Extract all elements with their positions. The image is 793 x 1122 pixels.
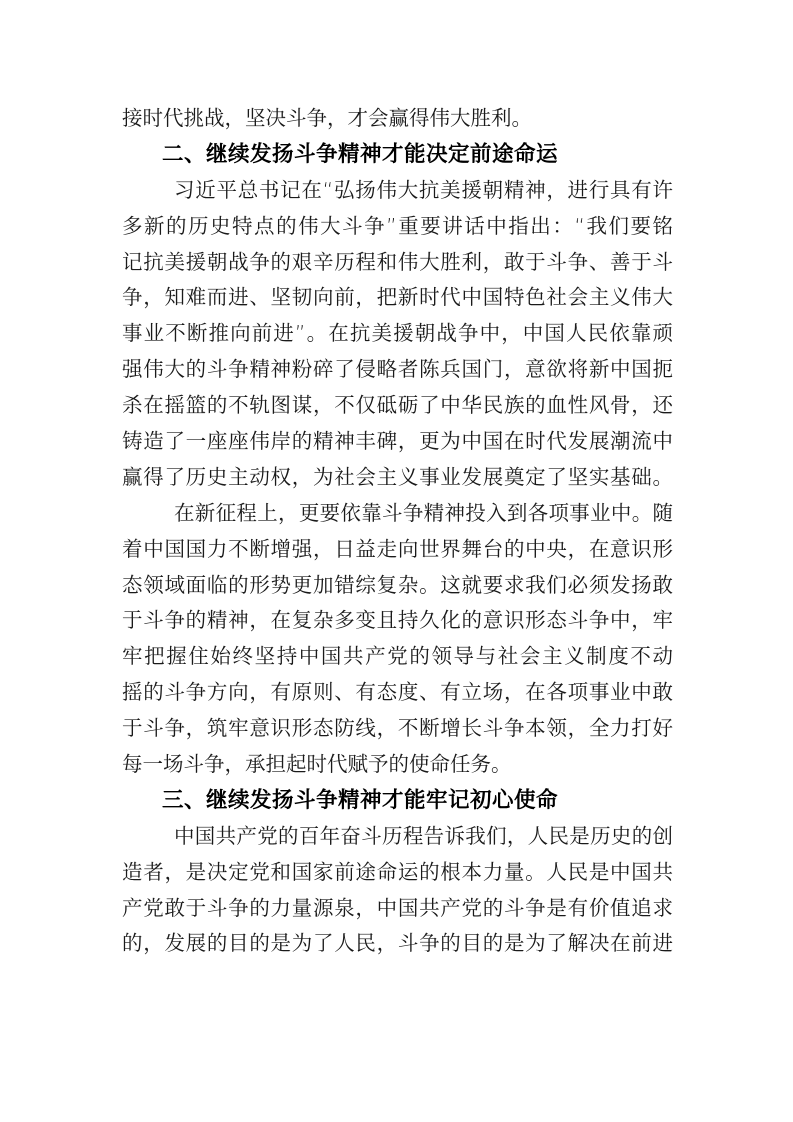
paragraph-line: 杀在摇篮的不轨图谋，不仅砥砺了中华民族的血性风骨，还 <box>122 388 673 424</box>
paragraph-line: 接时代挑战，坚决斗争，才会赢得伟大胜利。 <box>122 101 673 137</box>
paragraph-line: 事业不断推向前进”。在抗美援朝战争中，中国人民依靠顽 <box>122 316 673 352</box>
paragraph-line: 着中国国力不断增强，日益走向世界舞台的中央，在意识形 <box>122 532 673 568</box>
paragraph-line: 于斗争的精神，在复杂多变且持久化的意识形态斗争中，牢 <box>122 603 673 639</box>
paragraph-line: 摇的斗争方向，有原则、有态度、有立场，在各项事业中敢 <box>122 675 673 711</box>
paragraph-line: 产党敢于斗争的力量源泉，中国共产党的斗争是有价值追求 <box>122 891 673 927</box>
paragraph-line: 铸造了一座座伟岸的精神丰碑，更为中国在时代发展潮流中 <box>122 424 673 460</box>
paragraph-line: 赢得了历史主动权，为社会主义事业发展奠定了坚实基础。 <box>122 460 673 496</box>
section-heading-2: 二、继续发扬斗争精神才能决定前途命运 <box>122 137 673 173</box>
section-heading-3: 三、继续发扬斗争精神才能牢记初心使命 <box>122 783 673 819</box>
document-page: 接时代挑战，坚决斗争，才会赢得伟大胜利。 二、继续发扬斗争精神才能决定前途命运 … <box>122 101 673 962</box>
paragraph-line: 中国共产党的百年奋斗历程告诉我们，人民是历史的创 <box>122 819 673 855</box>
paragraph-line: 的，发展的目的是为了人民，斗争的目的是为了解决在前进 <box>122 926 673 962</box>
paragraph-line: 于斗争，筑牢意识形态防线，不断增长斗争本领，全力打好 <box>122 711 673 747</box>
paragraph-line: 造者，是决定党和国家前途命运的根本力量。人民是中国共 <box>122 855 673 891</box>
paragraph-line: 每一场斗争，承担起时代赋予的使命任务。 <box>122 747 673 783</box>
paragraph-line: 强伟大的斗争精神粉碎了侵略者陈兵国门，意欲将新中国扼 <box>122 352 673 388</box>
paragraph-line: 态领域面临的形势更加错综复杂。这就要求我们必须发扬敢 <box>122 568 673 604</box>
paragraph-line: 牢把握住始终坚持中国共产党的领导与社会主义制度不动 <box>122 639 673 675</box>
paragraph-line: 记抗美援朝战争的艰辛历程和伟大胜利，敢于斗争、善于斗 <box>122 245 673 281</box>
paragraph-line: 在新征程上，更要依靠斗争精神投入到各项事业中。随 <box>122 496 673 532</box>
paragraph-line: 习近平总书记在“弘扬伟大抗美援朝精神，进行具有许 <box>122 173 673 209</box>
paragraph-line: 多新的历史特点的伟大斗争”重要讲话中指出：“我们要铭 <box>122 209 673 245</box>
paragraph-line: 争，知难而进、坚韧向前，把新时代中国特色社会主义伟大 <box>122 280 673 316</box>
